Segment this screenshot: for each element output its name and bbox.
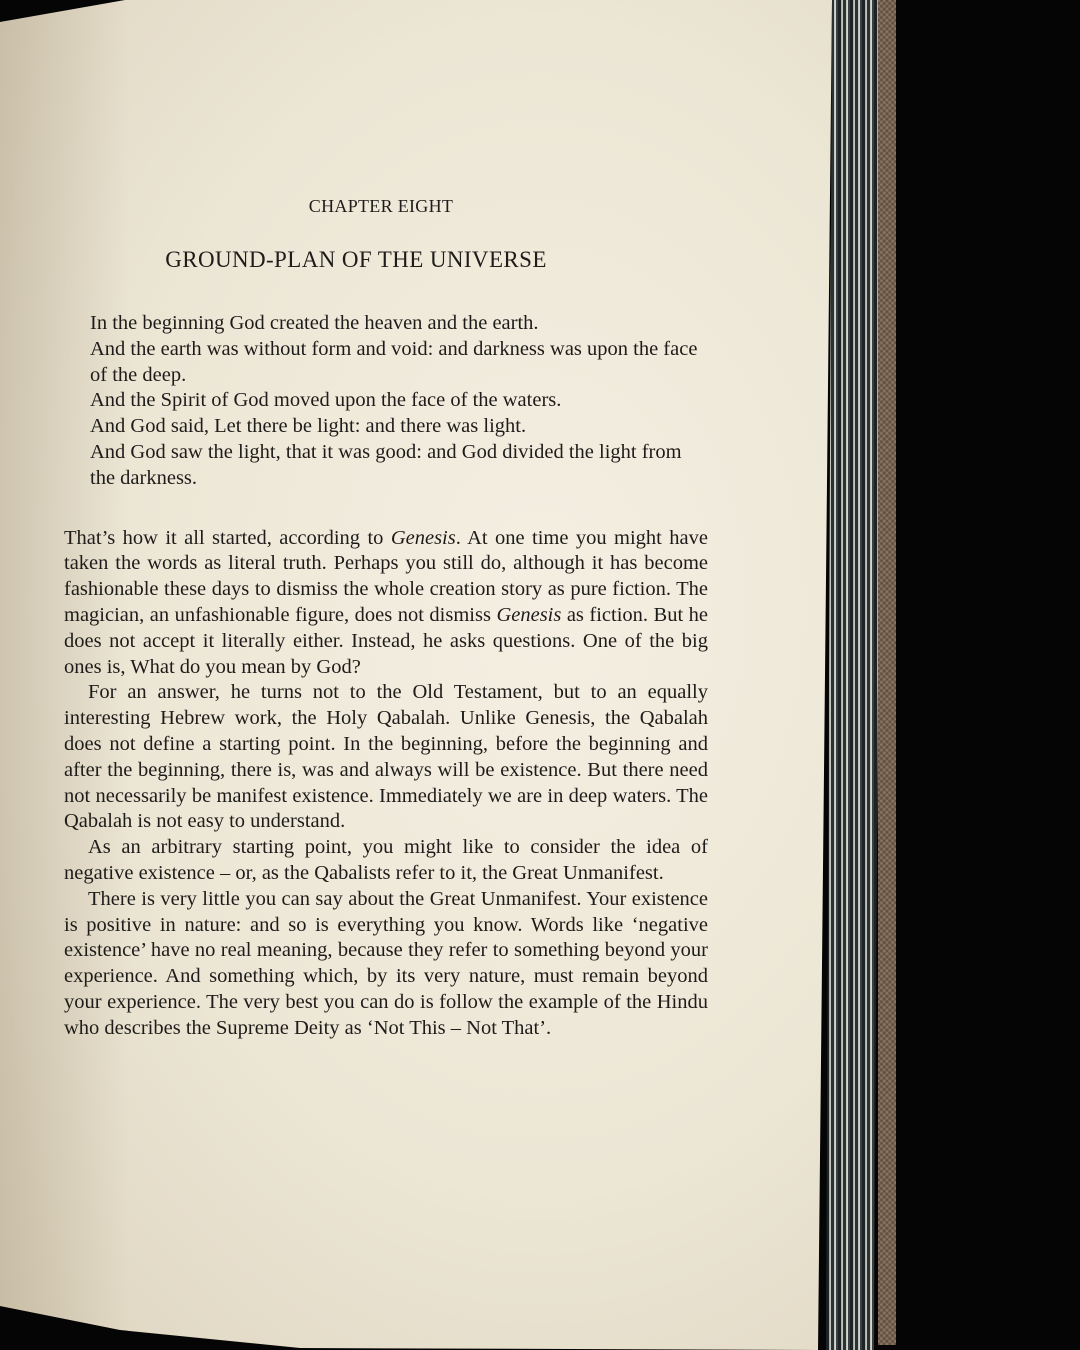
epigraph-line: And God saw the light, that it was good:… (90, 440, 708, 492)
book-cover-edge (878, 0, 896, 1345)
paragraph-4: There is very little you can say about t… (64, 887, 708, 1042)
chapter-label: CHAPTER EIGHT (14, 196, 658, 217)
page-edges (826, 0, 882, 1350)
epigraph: In the beginning God created the heaven … (90, 311, 708, 492)
body-text: That’s how it all started, according to … (64, 526, 708, 1042)
paragraph-2: For an answer, he turns not to the Old T… (64, 680, 708, 835)
paragraph-text: That’s how it all started, according to (64, 527, 391, 549)
italic-title: Genesis (496, 604, 561, 626)
epigraph-line: And the Spirit of God moved upon the fac… (90, 388, 708, 414)
paragraph-3: As an arbitrary starting point, you migh… (64, 835, 708, 887)
page-text-block: CHAPTER EIGHT GROUND-PLAN OF THE UNIVERS… (64, 196, 708, 1042)
chapter-title: GROUND-PLAN OF THE UNIVERSE (34, 247, 678, 273)
epigraph-line: And God said, Let there be light: and th… (90, 414, 708, 440)
paragraph-1: That’s how it all started, according to … (64, 526, 708, 681)
epigraph-line: In the beginning God created the heaven … (90, 311, 708, 337)
epigraph-line: And the earth was without form and void:… (90, 337, 708, 389)
italic-title: Genesis (391, 527, 456, 549)
